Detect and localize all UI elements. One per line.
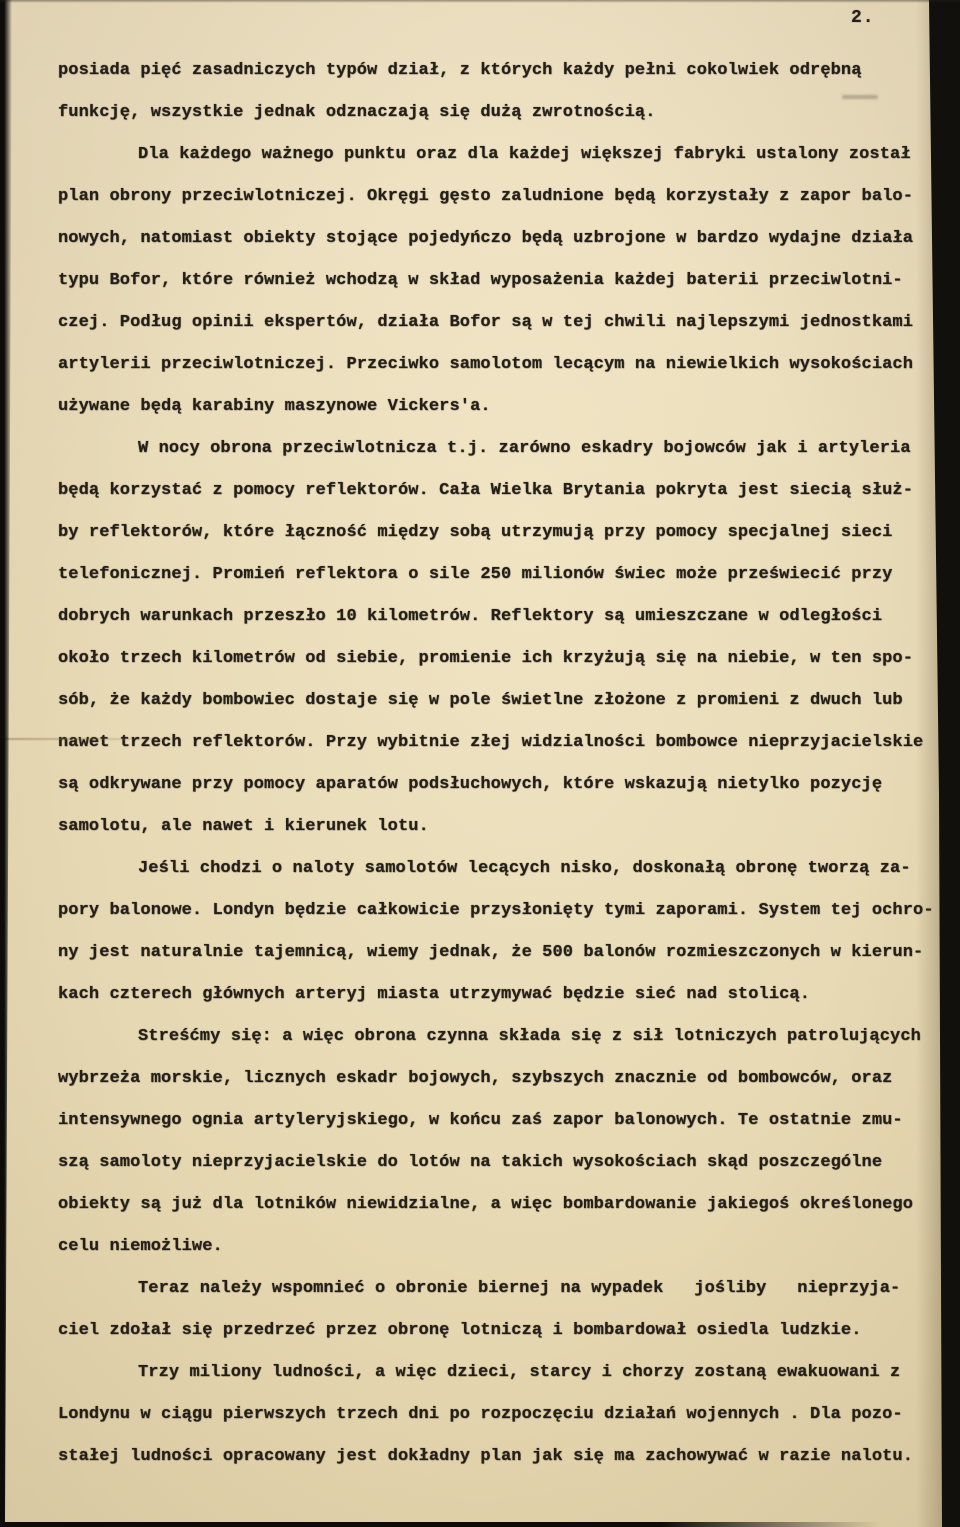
text-line: Londynu w ciągu pierwszych trzech dni po… [58,1394,928,1436]
scanned-page: 2. posiada pięć zasadniczych typów dział… [0,0,960,1527]
typewritten-text: posiada pięć zasadniczych typów dział, z… [58,50,928,1478]
text-line: samolotu, ale nawet i kierunek lotu. [58,806,928,848]
text-line: nowych, natomiast obiekty stojące pojedy… [58,218,928,260]
text-line: obiekty są już dla lotników niewidzialne… [58,1184,928,1226]
text-line: intensywnego ognia artyleryjskiego, w ko… [58,1100,928,1142]
text-line: Streśćmy się: a więc obrona czynna skład… [58,1016,928,1058]
text-line: Trzy miliony ludności, a więc dzieci, st… [58,1352,928,1394]
text-line: około trzech kilometrów od siebie, promi… [58,638,928,680]
text-line: funkcję, wszystkie jednak odznaczają się… [58,92,928,134]
page-number: 2. [851,8,875,28]
text-line: są odkrywane przy pomocy aparatów podsłu… [58,764,928,806]
text-line: Teraz należy wspomnieć o obronie biernej… [58,1268,928,1310]
text-line: typu Bofor, które również wchodzą w skła… [58,260,928,302]
scan-edge-bottom [0,1522,880,1527]
text-line: nawet trzech reflektorów. Przy wybitnie … [58,722,928,764]
text-line: sób, że każdy bombowiec dostaje się w po… [58,680,928,722]
text-line: stałej ludności opracowany jest dokładny… [58,1436,928,1478]
text-line: W nocy obrona przeciwlotnicza t.j. zarów… [58,428,928,470]
scan-edge-top [0,0,960,3]
paper-crease [0,738,190,740]
text-line: szą samoloty nieprzyjacielskie do lotów … [58,1142,928,1184]
smudge-mark [842,95,878,99]
text-line: używane będą karabiny maszynowe Vickers'… [58,386,928,428]
text-line: czej. Podług opinii ekspertów, działa Bo… [58,302,928,344]
text-line: ny jest naturalnie tajemnicą, wiemy jedn… [58,932,928,974]
text-line: artylerii przeciwlotniczej. Przeciwko sa… [58,344,928,386]
text-line: ciel zdołał się przedrzeć przez obronę l… [58,1310,928,1352]
text-line: pory balonowe. Londyn będzie całkowicie … [58,890,928,932]
text-line: posiada pięć zasadniczych typów dział, z… [58,50,928,92]
text-line: celu niemożliwe. [58,1226,928,1268]
text-line: by reflektorów, które łączność między so… [58,512,928,554]
text-line: Dla każdego ważnego punktu oraz dla każd… [58,134,928,176]
text-line: plan obrony przeciwlotniczej. Okręgi gęs… [58,176,928,218]
text-line: dobrych warunkach przeszło 10 kilometrów… [58,596,928,638]
text-line: kach czterech głównych arteryj miasta ut… [58,974,928,1016]
text-line: telefonicznej. Promień reflektora o sile… [58,554,928,596]
text-line: będą korzystać z pomocy reflektorów. Cał… [58,470,928,512]
scan-edge-left [0,0,12,1527]
text-line: wybrzeża morskie, licznych eskadr bojowy… [58,1058,928,1100]
text-line: Jeśli chodzi o naloty samolotów lecących… [58,848,928,890]
